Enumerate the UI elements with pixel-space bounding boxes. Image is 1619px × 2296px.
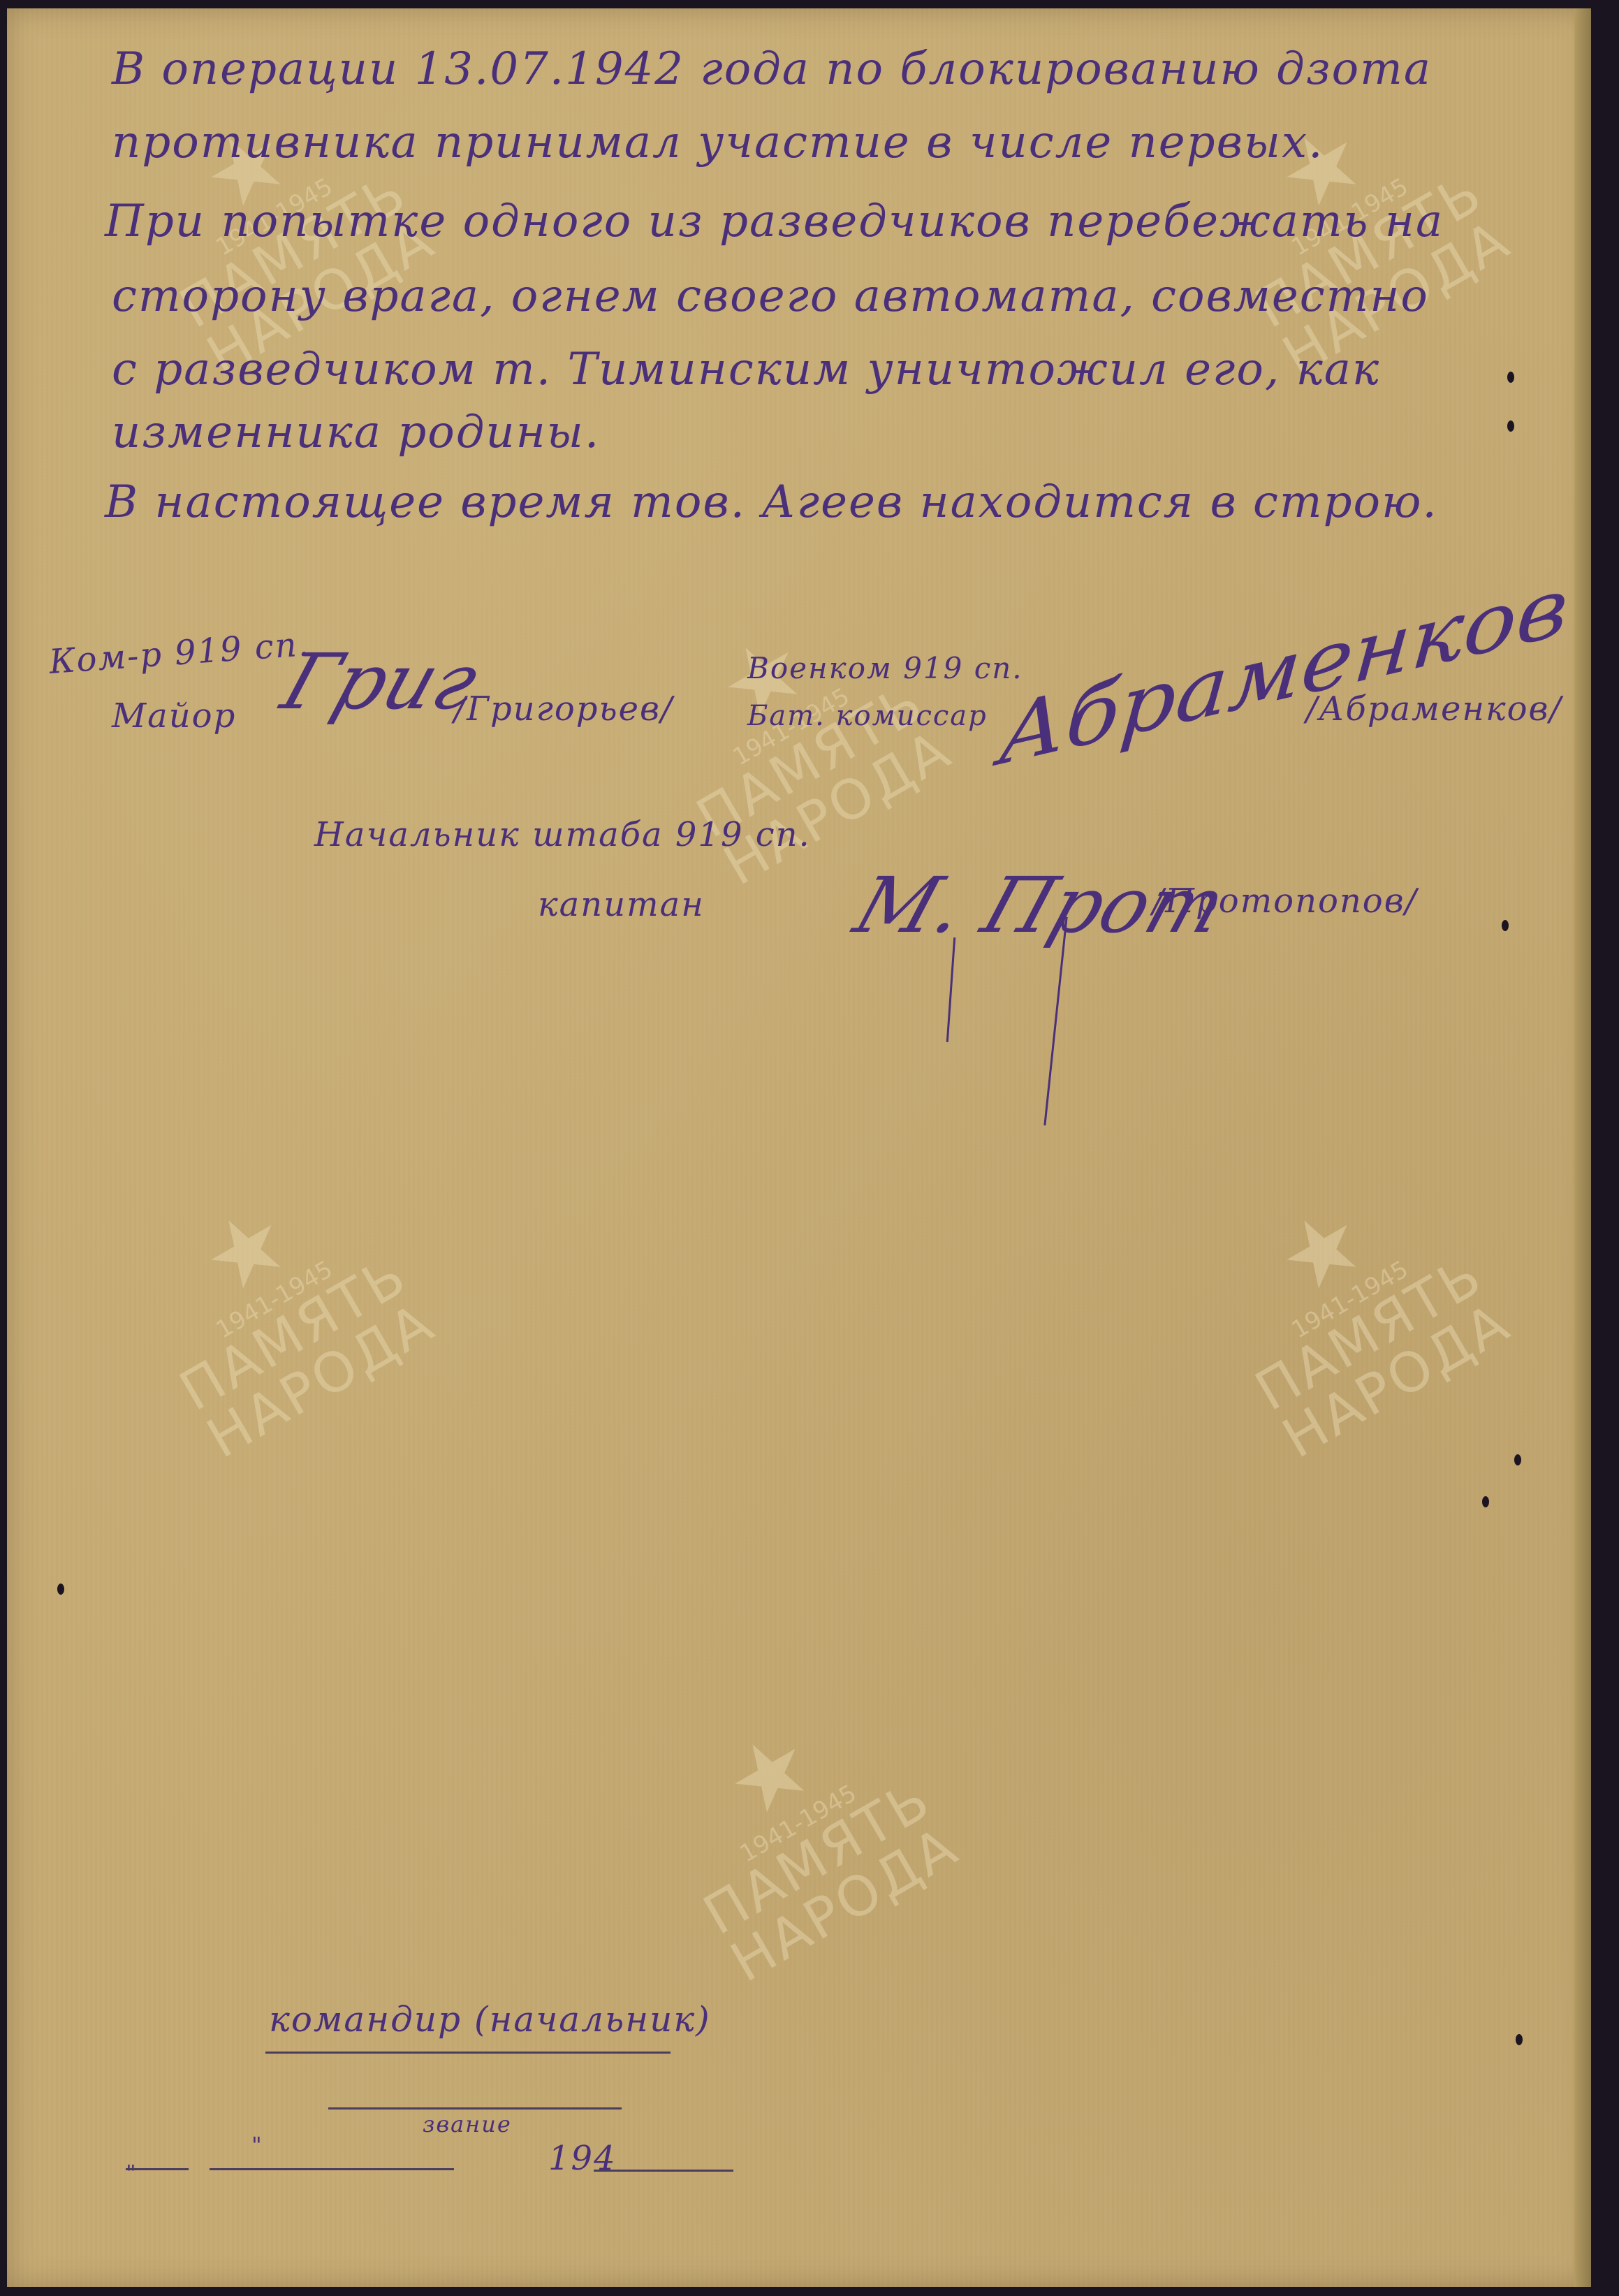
footer-commander-label: командир (начальник) [269,1999,711,2040]
watermark: ★ 1941-1945 ПАМЯТЬ НАРОДА [1190,1148,1519,1468]
body-line: В операции 13.07.1942 года по блокирован… [112,43,1432,95]
watermark: ★ 1941-1945 ПАМЯТЬ НАРОДА [638,1672,967,1991]
body-line: сторону врага, огнем своего автомата, со… [112,270,1429,322]
commissar-name: /Абраменков/ [1306,689,1562,729]
binding-hole [1516,2034,1523,2045]
paper-edge [1574,8,1591,2287]
star-icon: ★ [638,1672,901,1876]
chief-of-staff-rank: капитан [538,885,705,924]
body-line: При попытке одного из разведчиков перебе… [105,196,1444,247]
day-line [126,2168,189,2170]
month-line [210,2168,454,2170]
star-icon: ★ [1190,1148,1453,1352]
binding-hole [1507,372,1514,383]
body-line: изменника родины. [112,407,600,458]
binding-hole [1514,1454,1521,1465]
signature-stroke [946,937,955,1042]
chief-of-staff-name: /Протопопов/ [1152,882,1418,921]
year-line [594,2170,733,2172]
date-quote-open: " [126,2160,138,2186]
commander-title: Ком-р 919 сп. [48,624,312,682]
commissar-rank: Бат. комиссар [747,700,988,732]
binding-hole [1502,920,1509,931]
date-quote-close: " [251,2132,263,2158]
watermark: ★ 1941-1945 ПАМЯТЬ НАРОДА [115,1148,444,1468]
commander-rank: Майор [112,696,236,736]
commissar-title: Военком 919 сп. [747,651,1023,685]
body-line: В настоящее время тов. Агеев находится в… [105,476,1438,528]
year-prefix: 194 [548,2139,617,2178]
binding-hole [1482,1496,1489,1507]
body-line: противника принимал участие в числе перв… [112,117,1324,168]
rank-line [328,2107,622,2109]
star-icon: ★ [115,1148,377,1352]
body-line: с разведчиком т. Тиминским уничтожил его… [112,344,1380,395]
commissar-signature: Абраменков [996,559,1572,784]
binding-hole [57,1584,64,1595]
chief-of-staff-title: Начальник штаба 919 сп. [314,815,811,854]
binding-hole [1507,421,1514,432]
footer-rank-label: звание [423,2111,512,2137]
document-page: ★ 1941-1945 ПАМЯТЬ НАРОДА ★ 1941-1945 ПА… [7,8,1591,2287]
commander-line [265,2052,671,2054]
commander-name: /Григорьев/ [454,689,673,729]
